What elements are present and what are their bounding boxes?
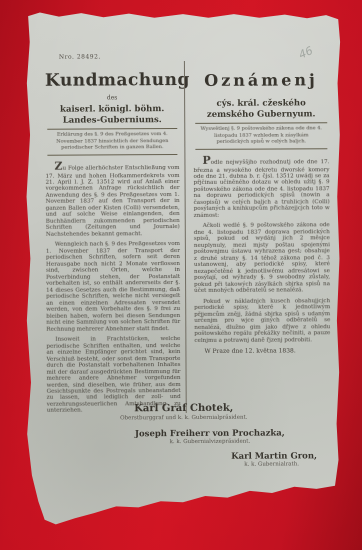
signature-block: Karl Graf Chotek, Oberstburggraf und k. … bbox=[25, 402, 343, 469]
signatory-name: Karl Graf Chotek, bbox=[25, 402, 343, 415]
german-paragraph: Wenngleich nach §. 9 des Preßgesetzes vo… bbox=[46, 241, 180, 332]
document-content: Nro. 28492. 46 Kundmachung des kaiserl. … bbox=[23, 10, 344, 528]
signature-entry: Karl Martin Gron, k. k. Gubernialrath. bbox=[25, 451, 343, 469]
czech-body: Podle nejwyššjho rozhodnutj ode dne 17. … bbox=[193, 154, 330, 344]
rule-divider bbox=[195, 148, 327, 150]
czech-subtitle: cýs. král. cžeského zemského Gubernyum. bbox=[193, 98, 329, 120]
signatory-role: Oberstburggraf und k. k. Gubernialpräsid… bbox=[25, 414, 343, 422]
german-paragraph: Insoweit in Frachtstücken, welche period… bbox=[46, 336, 180, 414]
document-paper: Nro. 28492. 46 Kundmachung des kaiserl. … bbox=[24, 11, 342, 527]
rule-divider bbox=[195, 122, 327, 124]
german-title: Kundmachung bbox=[45, 70, 179, 91]
photo-background: Nro. 28492. 46 Kundmachung des kaiserl. … bbox=[0, 0, 362, 550]
german-summary: Erklärung des §. 9 des Preßgesetzes vom … bbox=[45, 131, 179, 151]
signature-entry: Karl Graf Chotek, Oberstburggraf und k. … bbox=[25, 402, 343, 422]
czech-dateline: W Praze dne 12. května 1838. bbox=[194, 347, 330, 355]
signature-entry: Joseph Freiherr von Prochazka, k. k. Gub… bbox=[51, 428, 362, 446]
german-des: des bbox=[45, 94, 179, 102]
czech-paragraph: Podle nejwyššjho rozhodnutj ode dne 17. … bbox=[193, 154, 329, 219]
czech-paragraph: Ačkoli wedlé §. 9 poštowského zákona ode… bbox=[194, 223, 330, 295]
pencil-mark: 46 bbox=[297, 44, 315, 62]
czech-column: Oznámenj cýs. král. cžeského zemského Gu… bbox=[184, 60, 333, 414]
czech-summary: Wyswětlenj §. 9 poštowského zákona ode d… bbox=[193, 125, 329, 145]
czech-title: Oznámenj bbox=[193, 70, 329, 90]
czech-paragraph: Pokud w nákladnjch kusech obsahujjcjch p… bbox=[194, 298, 330, 344]
rule-divider bbox=[47, 128, 177, 130]
rule-divider bbox=[47, 154, 177, 156]
signatory-role: k. k. Gubernialrath. bbox=[25, 461, 343, 469]
document-number: Nro. 28492. bbox=[59, 53, 101, 60]
signatory-role: k. k. Gubernialvizepräsident. bbox=[51, 438, 362, 446]
german-subtitle: kaiserl. königl. böhm. Landes-Guberniums… bbox=[45, 104, 179, 126]
german-body: Zu Folge allerhöchster Entschließung vom… bbox=[45, 160, 180, 414]
german-column: Kundmachung des kaiserl. königl. böhm. L… bbox=[43, 61, 186, 414]
german-paragraph: Zu Folge allerhöchster Entschließung vom… bbox=[45, 160, 179, 238]
two-column-body: Kundmachung des kaiserl. königl. böhm. L… bbox=[43, 60, 333, 414]
